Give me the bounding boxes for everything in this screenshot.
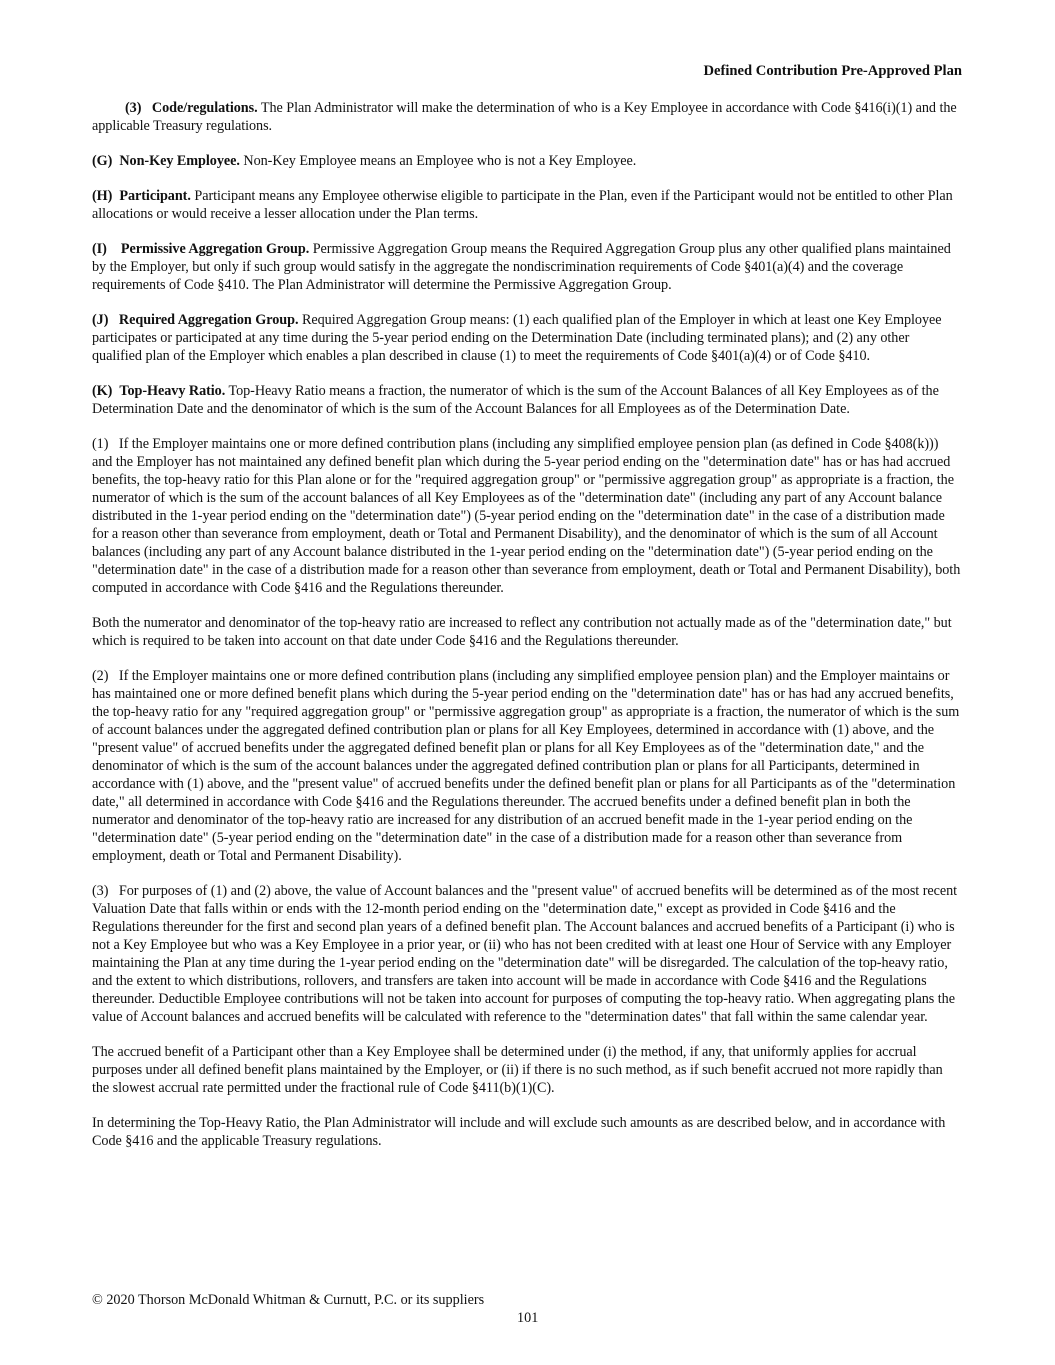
paragraph-text: If the Employer maintains one or more de… <box>92 436 960 596</box>
paragraph-text: Non-Key Employee means an Employee who i… <box>240 153 636 169</box>
paragraph-label: (2) <box>92 668 108 684</box>
paragraph-non-key-employee: (G) Non-Key Employee. Non-Key Employee m… <box>92 152 962 170</box>
paragraph-title: Non-Key Employee. <box>119 153 240 169</box>
paragraph-title: Permissive Aggregation Group. <box>121 241 309 257</box>
paragraph-determining-ratio: In determining the Top-Heavy Ratio, the … <box>92 1114 962 1150</box>
paragraph-text: For purposes of (1) and (2) above, the v… <box>92 883 957 1025</box>
paragraph-text: If the Employer maintains one or more de… <box>92 668 959 864</box>
paragraph-title: Code/regulations. <box>152 100 258 116</box>
paragraph-clause-1: (1) If the Employer maintains one or mor… <box>92 435 962 597</box>
paragraph-title: Required Aggregation Group. <box>119 312 299 328</box>
paragraph-clause-2: (2) If the Employer maintains one or mor… <box>92 667 962 865</box>
paragraph-accrued-benefit: The accrued benefit of a Participant oth… <box>92 1043 962 1097</box>
page-header-title: Defined Contribution Pre-Approved Plan <box>92 62 962 80</box>
paragraph-label: (J) <box>92 312 108 328</box>
paragraph-label: (H) <box>92 188 112 204</box>
paragraph-label: (K) <box>92 383 112 399</box>
paragraph-text: In determining the Top-Heavy Ratio, the … <box>92 1115 945 1149</box>
paragraph-numerator-denominator: Both the numerator and denominator of th… <box>92 614 962 650</box>
paragraph-title: Top-Heavy Ratio. <box>119 383 225 399</box>
paragraph-top-heavy-ratio: (K) Top-Heavy Ratio. Top-Heavy Ratio mea… <box>92 382 962 418</box>
paragraph-required-aggregation-group: (J) Required Aggregation Group. Required… <box>92 311 962 365</box>
page-number: 101 <box>517 1310 538 1327</box>
paragraph-label: (I) <box>92 241 107 257</box>
paragraph-label: (3) <box>125 100 141 116</box>
paragraph-permissive-aggregation-group: (I) Permissive Aggregation Group. Permis… <box>92 240 962 294</box>
paragraph-label: (3) <box>92 883 108 899</box>
paragraph-code-regulations: (3) Code/regulations. The Plan Administr… <box>92 99 962 135</box>
paragraph-text: The accrued benefit of a Participant oth… <box>92 1044 943 1096</box>
document-page: Defined Contribution Pre-Approved Plan (… <box>92 62 962 1167</box>
footer-copyright: © 2020 Thorson McDonald Whitman & Curnut… <box>92 1292 962 1309</box>
paragraph-text: Both the numerator and denominator of th… <box>92 615 952 649</box>
paragraph-text: Participant means any Employee otherwise… <box>92 188 953 222</box>
paragraph-title: Participant. <box>119 188 191 204</box>
paragraph-clause-3: (3) For purposes of (1) and (2) above, t… <box>92 882 962 1026</box>
paragraph-participant: (H) Participant. Participant means any E… <box>92 187 962 223</box>
paragraph-label: (G) <box>92 153 112 169</box>
paragraph-label: (1) <box>92 436 108 452</box>
